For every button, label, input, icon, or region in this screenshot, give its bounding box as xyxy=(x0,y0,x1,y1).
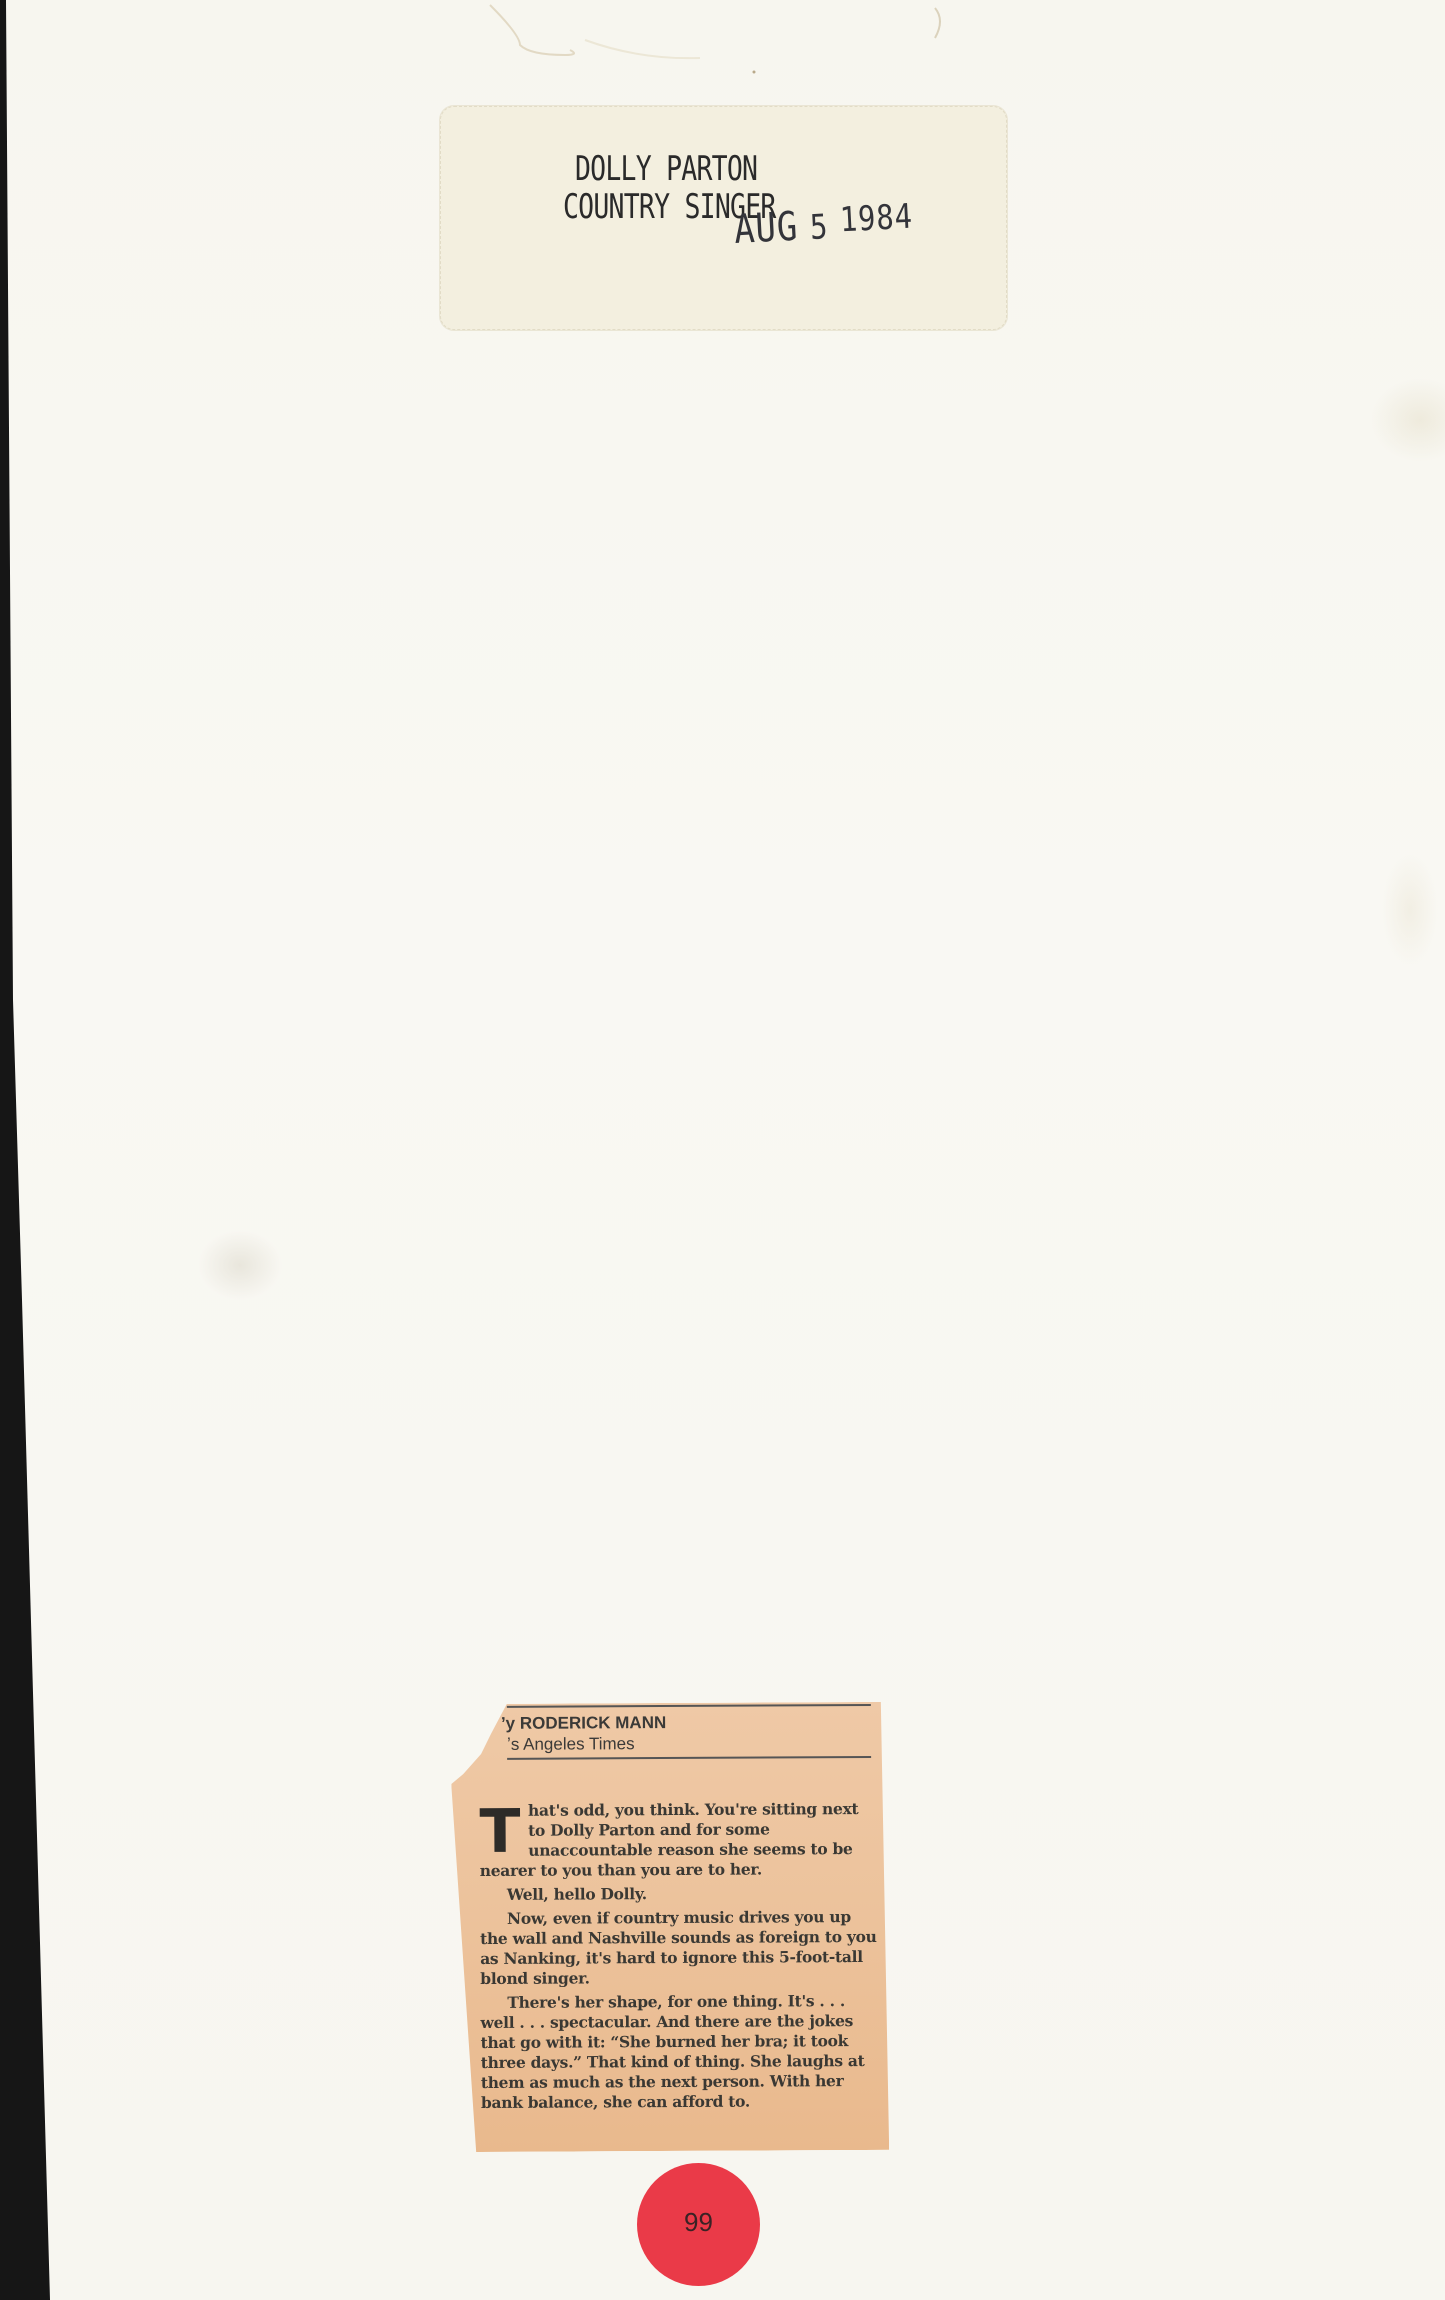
article-paragraph: Now, even if country music drives you up… xyxy=(480,1907,880,1989)
article-paragraph: That's odd, you think. You're sitting ne… xyxy=(479,1799,879,1881)
newspaper-clipping: ʼy RODERICK MANN ʼs Angeles Times That's… xyxy=(451,1702,889,2152)
article-body: That's odd, you think. You're sitting ne… xyxy=(479,1799,881,2117)
header-rule-bottom xyxy=(507,1756,871,1760)
drop-cap: T xyxy=(479,1807,520,1857)
article-paragraph: There's her shape, for one thing. It's .… xyxy=(480,1991,881,2113)
date-day: 5 xyxy=(809,207,829,248)
date-stamp: AUG51984 xyxy=(733,197,926,253)
inventory-number-sticker: 99 xyxy=(637,2163,760,2286)
date-month: AUG xyxy=(733,204,799,253)
byline: ʼy RODERICK MANN xyxy=(501,1713,666,1734)
sticker-number: 99 xyxy=(684,2207,713,2238)
subject-name: DOLLY PARTON xyxy=(575,149,757,189)
header-rule-top xyxy=(507,1704,871,1708)
date-year: 1984 xyxy=(839,197,914,241)
article-paragraph: Well, hello Dolly. xyxy=(480,1883,880,1905)
caption-label: DOLLY PARTON COUNTRY SINGER AUG51984 xyxy=(440,106,1007,330)
publication-source: ʼs Angeles Times xyxy=(507,1734,635,1755)
